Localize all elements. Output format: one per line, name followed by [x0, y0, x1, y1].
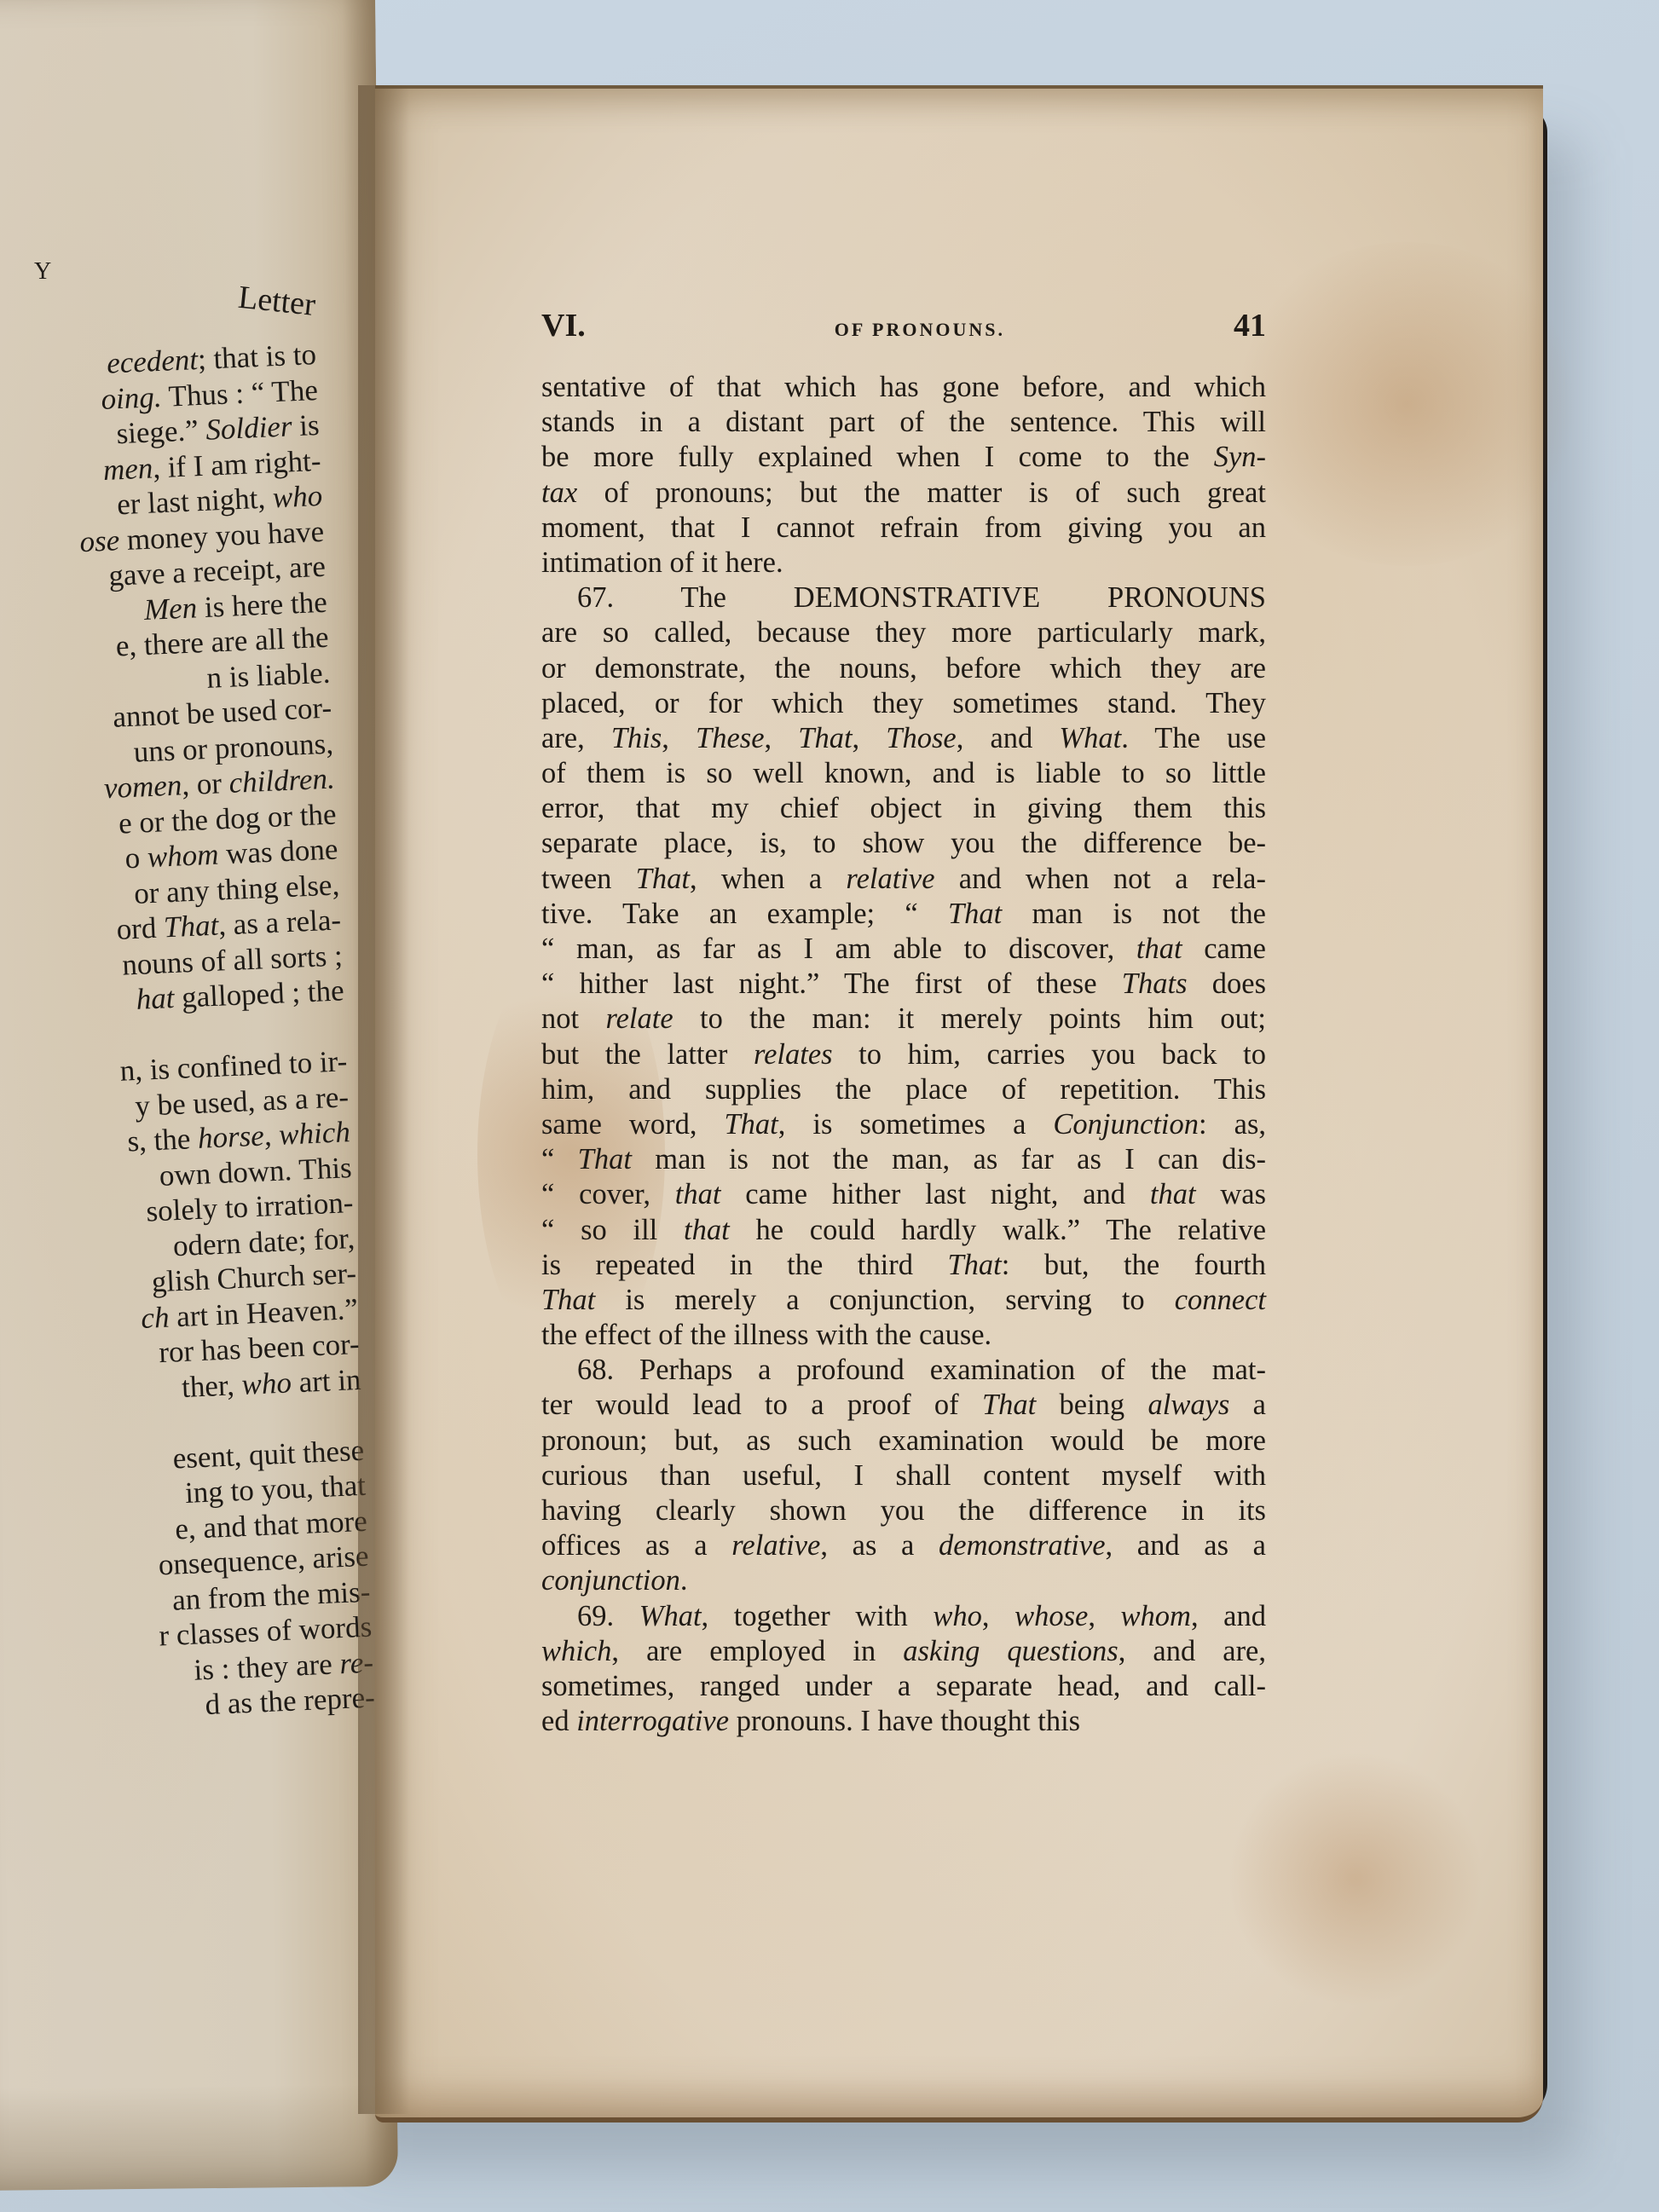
text-line: are so called, because they more particu…: [541, 615, 1266, 650]
text-line: “ cover, that came hither last night, an…: [541, 1177, 1266, 1212]
text-line: sometimes, ranged under a separate head,…: [541, 1669, 1266, 1704]
italic-word: who: [241, 1366, 292, 1401]
text-line: tween That, when a relative and when not…: [541, 862, 1266, 897]
text-run: of pronouns; but the matter is of such g…: [577, 476, 1266, 509]
text-line: stands in a distant part of the sentence…: [541, 405, 1266, 440]
text-run: not: [541, 1002, 605, 1035]
text-run: , and are,: [1119, 1635, 1266, 1667]
italic-word: connect: [1175, 1284, 1266, 1316]
gutter-shadow: [358, 85, 409, 2114]
text-run: is repeated in the third: [541, 1249, 947, 1281]
italic-word: Conjunction: [1053, 1108, 1199, 1141]
text-line: “ That man is not the man, as far as I c…: [541, 1142, 1266, 1177]
text-run: or demonstrate, the nouns, before which …: [541, 652, 1266, 684]
text-line: him, and supplies the place of repetitio…: [541, 1072, 1266, 1107]
text-run: placed, or for which they sometimes stan…: [541, 687, 1266, 719]
text-line: tive. Take an example; “ That man is not…: [541, 897, 1266, 932]
text-run: pronoun; but, as such examination would …: [541, 1424, 1266, 1457]
text-run: sometimes, ranged under a separate head,…: [541, 1670, 1266, 1702]
italic-word: that: [675, 1178, 721, 1210]
text-run: him, and supplies the place of repetitio…: [541, 1073, 1266, 1106]
text-run: . The use: [1121, 722, 1266, 754]
italic-word: which: [541, 1635, 611, 1667]
text-run: but the latter: [541, 1038, 754, 1071]
text-run: ord: [116, 910, 165, 945]
text-run: came hither last night, and: [720, 1178, 1149, 1210]
text-line: 69. What, together with who, whose, whom…: [541, 1599, 1266, 1634]
text-run: ,: [765, 722, 799, 754]
chapter-number: VI.: [541, 309, 586, 344]
text-line: ter would lead to a proof of That being …: [541, 1388, 1266, 1423]
text-run: ,: [982, 1600, 1014, 1632]
text-run: art in: [291, 1362, 361, 1399]
italic-word: These: [696, 722, 765, 754]
text-line: separate place, is, to show you the diff…: [541, 826, 1266, 861]
italic-word: ch: [141, 1300, 171, 1334]
text-run: is here the: [196, 585, 327, 624]
text-run: s, the: [127, 1122, 199, 1158]
text-run: curious than useful, I shall content mys…: [541, 1459, 1266, 1492]
text-run: ing to you, that: [184, 1469, 366, 1510]
text-run: does: [1188, 967, 1267, 1000]
text-run: intimation of it here.: [541, 546, 783, 579]
text-run: 68. Perhaps a profound examination of th…: [577, 1354, 1266, 1386]
right-page-body: sentative of that which has gone before,…: [541, 370, 1266, 1739]
italic-word: That: [541, 1284, 595, 1316]
text-run: having clearly shown you the difference …: [541, 1494, 1266, 1527]
text-run: , as a: [820, 1529, 939, 1562]
text-run: same word,: [541, 1108, 724, 1141]
text-line: ed interrogative pronouns. I have though…: [541, 1704, 1266, 1739]
text-run: was done: [218, 832, 339, 870]
text-run: Thus : “ The: [161, 373, 319, 413]
text-line: “ so ill that he could hardly walk.” The…: [541, 1213, 1266, 1248]
text-run: o: [124, 840, 148, 875]
text-run: n is liable.: [206, 656, 331, 694]
italic-word: that: [684, 1214, 730, 1246]
text-run: is merely a conjunction, serving to: [595, 1284, 1174, 1316]
text-run: , is sometimes a: [778, 1108, 1054, 1141]
text-run: are so called, because they more particu…: [541, 616, 1266, 649]
text-run: .: [680, 1564, 688, 1597]
text-line: of them is so well known, and is liable …: [541, 756, 1266, 791]
left-corner-mark: Y: [34, 254, 51, 290]
text-run: ,: [1088, 1600, 1120, 1632]
italic-word: What: [1059, 722, 1121, 754]
italic-word: interrogative: [576, 1705, 729, 1737]
text-line: That is merely a conjunction, serving to…: [541, 1283, 1266, 1318]
text-line: same word, That, is sometimes a Conjunct…: [541, 1107, 1266, 1142]
text-run: tive. Take an example; “: [541, 898, 948, 930]
italic-word: ose: [79, 523, 120, 558]
text-run: , are employed in: [611, 1635, 903, 1667]
text-run: : but, the fourth: [1002, 1249, 1266, 1281]
italic-word: Thats: [1122, 967, 1188, 1000]
text-run: separate place, is, to show you the diff…: [541, 827, 1266, 859]
text-run: , as a rela-: [217, 903, 341, 941]
text-line: is repeated in the third That: but, the …: [541, 1248, 1266, 1283]
text-run: , when a: [690, 863, 846, 895]
page-title: OF PRONOUNS.: [835, 312, 1005, 347]
italic-word: who: [272, 479, 323, 515]
italic-word: oing.: [101, 379, 163, 415]
text-run: is : they are: [194, 1647, 341, 1686]
text-run: galloped ; the: [174, 973, 345, 1014]
text-run: the effect of the illness with the cause…: [541, 1319, 991, 1351]
italic-word: whom: [147, 838, 219, 875]
text-line: “ hither last night.” The first of these…: [541, 967, 1266, 1002]
text-line: curious than useful, I shall content mys…: [541, 1458, 1266, 1493]
text-run: , or: [181, 766, 229, 801]
italic-word: horse, which: [197, 1115, 350, 1155]
italic-word: vomen: [103, 768, 182, 805]
paper-stain: [1228, 242, 1586, 566]
italic-word: asking questions: [903, 1635, 1118, 1667]
text-line: 68. Perhaps a profound examination of th…: [541, 1353, 1266, 1388]
text-run: d as the repre-: [205, 1680, 376, 1721]
text-line: are, This, These, That, Those, and What.…: [541, 721, 1266, 756]
italic-word: that: [1150, 1178, 1196, 1210]
text-line: tax of pronouns; but the matter is of su…: [541, 476, 1266, 511]
italic-word: relative: [731, 1529, 820, 1562]
text-run: , and as a: [1106, 1529, 1266, 1562]
text-run: offices as a: [541, 1529, 731, 1562]
text-run: ,: [853, 722, 887, 754]
text-run: came: [1182, 933, 1266, 965]
italic-word: tax: [541, 476, 577, 509]
text-line: having clearly shown you the difference …: [541, 1493, 1266, 1528]
text-run: to the man: it merely points him out;: [673, 1002, 1266, 1035]
text-run: ,: [662, 722, 696, 754]
italic-word: Syn-: [1214, 441, 1266, 473]
italic-word: That: [578, 1143, 632, 1175]
text-run: of them is so well known, and is liable …: [541, 757, 1266, 789]
text-line: be more fully explained when I come to t…: [541, 440, 1266, 475]
text-run: was: [1196, 1178, 1266, 1210]
text-run: is: [292, 408, 321, 442]
text-run: “ hither last night.” The first of these: [541, 967, 1122, 1000]
text-run: , if I am right-: [152, 443, 321, 484]
text-run: he could hardly walk.” The relative: [730, 1214, 1266, 1246]
text-run: and when not a rela-: [935, 863, 1266, 895]
text-run: “: [541, 1143, 578, 1175]
text-run: siege.”: [116, 413, 207, 451]
italic-word: This: [611, 722, 662, 754]
text-run: sentative of that which has gone before,…: [541, 371, 1266, 403]
italic-word: ecedent: [106, 343, 198, 380]
text-line: sentative of that which has gone before,…: [541, 370, 1266, 405]
text-line: pronoun; but, as such examination would …: [541, 1424, 1266, 1458]
italic-word: children.: [228, 762, 336, 800]
running-head: VI. OF PRONOUNS. 41: [541, 309, 1266, 351]
text-line: or demonstrate, the nouns, before which …: [541, 651, 1266, 686]
text-run: tween: [541, 863, 636, 895]
italic-word: hat: [136, 981, 175, 1016]
italic-word: relate: [605, 1002, 673, 1035]
left-page-body: ecedent; that is tooing. Thus : “ Thesie…: [26, 337, 375, 1728]
italic-word: That: [948, 898, 1002, 930]
text-run: are,: [541, 722, 611, 754]
text-run: to him, carries you back to: [833, 1038, 1266, 1071]
italic-word: Those: [886, 722, 956, 754]
italic-word: men: [102, 451, 153, 487]
text-run: er last night,: [116, 481, 273, 521]
italic-word: relative: [846, 863, 934, 895]
text-run: “ so ill: [541, 1214, 684, 1246]
text-run: “ man, as far as I am able to discover,: [541, 933, 1136, 965]
text-run: moment, that I cannot refrain from givin…: [541, 511, 1266, 544]
text-line: 67. The DEMONSTRATIVE PRONOUNS: [541, 580, 1266, 615]
text-run: 67. The DEMONSTRATIVE PRONOUNS: [577, 581, 1266, 614]
italic-word: That: [724, 1108, 777, 1141]
italic-word: that: [1136, 933, 1182, 965]
text-run: ; that is to: [197, 338, 317, 376]
italic-word: relates: [754, 1038, 833, 1071]
italic-word: Men: [143, 591, 198, 627]
text-run: man is not the: [1002, 898, 1266, 930]
text-line: the effect of the illness with the cause…: [541, 1318, 1266, 1353]
italic-word: demonstrative: [939, 1529, 1105, 1562]
italic-word: That: [982, 1389, 1036, 1421]
text-run: pronouns. I have thought this: [729, 1705, 1080, 1737]
text-run: , and: [1191, 1600, 1266, 1632]
text-run: ed: [541, 1705, 576, 1737]
italic-word: whom: [1121, 1600, 1191, 1632]
text-run: be more fully explained when I come to t…: [541, 441, 1214, 473]
text-run: man is not the man, as far as I can dis-: [632, 1143, 1266, 1175]
text-run: : as,: [1199, 1108, 1266, 1141]
italic-word: What: [639, 1600, 702, 1632]
text-run: a: [1229, 1389, 1266, 1421]
text-line: error, that my chief object in giving th…: [541, 791, 1266, 826]
italic-word: always: [1148, 1389, 1230, 1421]
text-line: intimation of it here.: [541, 546, 1266, 580]
italic-word: That: [636, 863, 690, 895]
text-run: error, that my chief object in giving th…: [541, 792, 1266, 824]
text-run: , and: [957, 722, 1060, 754]
right-page-text: VI. OF PRONOUNS. 41 sentative of that wh…: [541, 309, 1266, 1739]
italic-word: Soldier: [205, 409, 293, 446]
text-run: being: [1036, 1389, 1147, 1421]
text-run: ter would lead to a proof of: [541, 1389, 982, 1421]
italic-word: conjunction: [541, 1564, 680, 1597]
italic-word: That: [163, 909, 219, 944]
text-line: moment, that I cannot refrain from givin…: [541, 511, 1266, 546]
text-run: , together with: [702, 1600, 934, 1632]
text-run: ther,: [181, 1367, 242, 1403]
italic-word: whose: [1014, 1600, 1088, 1632]
text-line: conjunction.: [541, 1563, 1266, 1598]
paper-stain: [1228, 1751, 1483, 2007]
page-number: 41: [1234, 309, 1266, 344]
text-line: not relate to the man: it merely points …: [541, 1002, 1266, 1037]
text-run: “ cover,: [541, 1178, 675, 1210]
text-run: 69.: [577, 1600, 639, 1632]
text-run: stands in a distant part of the sentence…: [541, 406, 1266, 438]
text-line: offices as a relative, as a demonstrativ…: [541, 1528, 1266, 1563]
text-line: but the latter relates to him, carries y…: [541, 1037, 1266, 1072]
text-line: “ man, as far as I am able to discover, …: [541, 932, 1266, 967]
italic-word: That: [947, 1249, 1001, 1281]
italic-word: That: [798, 722, 852, 754]
text-line: which, are employed in asking questions,…: [541, 1634, 1266, 1669]
text-line: placed, or for which they sometimes stan…: [541, 686, 1266, 721]
italic-word: who: [933, 1600, 982, 1632]
